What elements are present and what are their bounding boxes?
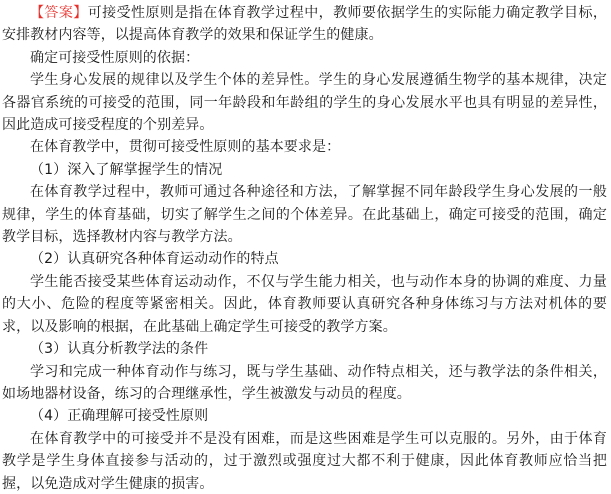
requirement-3-paragraph: 学习和完成一种体育动作与练习，既与学生基础、动作特点相关，还与教学法的条件相关，… — [2, 361, 607, 406]
requirement-3-heading: （3）认真分析教学法的条件 — [2, 338, 607, 360]
answer-intro-text: 可接受性原则是指在体育教学过程中，教师要依据学生的实际能力确定教学目标，安排教材… — [2, 5, 607, 43]
requirement-2-paragraph: 学生能否接受某些体育运动动作，不仅与学生能力相关，也与动作本身的协调的难度、力量… — [2, 271, 607, 338]
requirements-heading: 在体育教学中，贯彻可接受性原则的基本要求是： — [2, 136, 607, 158]
answer-intro-paragraph: 【答案】可接受性原则是指在体育教学过程中，教师要依据学生的实际能力确定教学目标，… — [2, 2, 607, 47]
requirement-1-paragraph: 在体育教学过程中，教师可通过各种途径和方法，了解掌握不同年龄段学生身心发展的一般… — [2, 181, 607, 248]
basis-paragraph: 学生身心发展的规律以及学生个体的差异性。学生的身心发展遵循生物学的基本规律，决定… — [2, 69, 607, 136]
requirement-4-heading: （4）正确理解可接受性原则 — [2, 405, 607, 427]
requirement-2-heading: （2）认真研究各种体育运动动作的特点 — [2, 248, 607, 270]
requirement-1-heading: （1）深入了解掌握学生的情况 — [2, 159, 607, 181]
answer-tag: 【答案】 — [30, 5, 88, 21]
requirement-4-paragraph: 在体育教学中的可接受并不是没有困难，而是这些困难是学生可以克服的。另外，由于体育… — [2, 428, 607, 494]
basis-heading: 确定可接受性原则的依据： — [2, 47, 607, 69]
answer-document: 【答案】可接受性原则是指在体育教学过程中，教师要依据学生的实际能力确定教学目标，… — [0, 0, 611, 494]
